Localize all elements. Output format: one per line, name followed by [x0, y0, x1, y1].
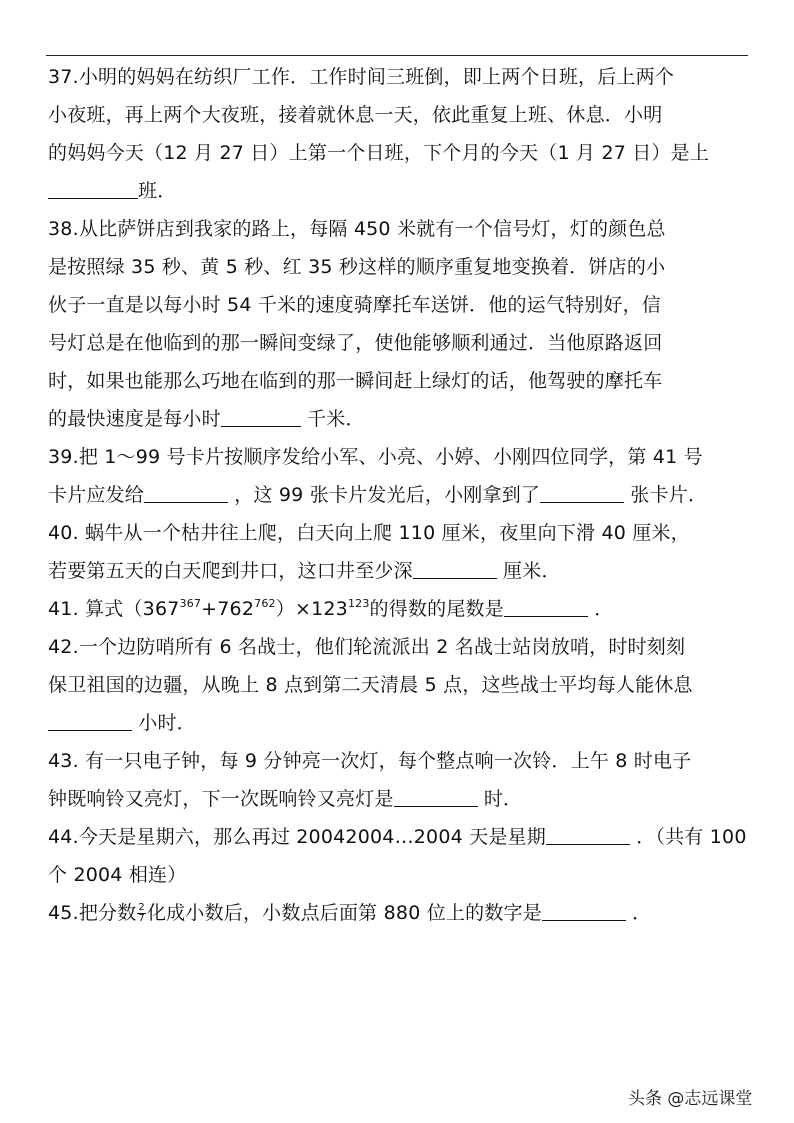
- answer-blank[interactable]: [394, 784, 478, 807]
- question-43-text-b: 时．: [478, 788, 523, 810]
- question-38-line-4: 号灯总是在他临到的那一瞬间变绿了，使他能够顺利通过．当他原路返回: [48, 324, 748, 362]
- question-43-text-a: 钟既响铃又亮灯，下一次既响铃又亮灯是: [48, 788, 394, 810]
- question-44-text-a: 44.今天是星期六，那么再过 20042004…2004 天是星期: [48, 826, 546, 848]
- question-38-line-6: 的最快速度是每小时 千米．: [48, 400, 748, 438]
- question-38-line-5: 时，如果也能那么巧地在临到的那一瞬间赶上绿灯的话，他驾驶的摩托车: [48, 362, 748, 400]
- question-41-end: ．: [588, 598, 613, 620]
- question-38-line-1: 38.从比萨饼店到我家的路上，每隔 450 米就有一个信号灯，灯的颜色总: [48, 210, 748, 248]
- question-44-line-1: 44.今天是星期六，那么再过 20042004…2004 天是星期 ．（共有 1…: [48, 818, 748, 856]
- question-45-prefix: 45.把分数: [48, 902, 136, 924]
- fraction: 27: [137, 903, 146, 924]
- question-45-line-1: 45.把分数27化成小数后，小数点后面第 880 位上的数字是 ．: [48, 894, 748, 932]
- top-rule: [46, 55, 748, 56]
- exponent-2: 762: [254, 597, 276, 610]
- exponent-1: 367: [180, 597, 202, 610]
- question-39-text-b: ，这 99 张卡片发光后，小刚拿到了: [228, 484, 540, 506]
- question-40-line-1: 40. 蜗牛从一个枯井往上爬，白天向上爬 110 厘米，夜里向下滑 40 厘米，: [48, 514, 748, 552]
- fraction-denominator: 7: [138, 914, 145, 924]
- exponent-3: 123: [348, 597, 370, 610]
- question-39-line-1: 39.把 1～99 号卡片按顺序发给小军、小亮、小婷、小刚四位同学，第 41 号: [48, 438, 748, 476]
- question-37-line-4: 班．: [48, 172, 748, 210]
- answer-blank-1[interactable]: [144, 480, 228, 503]
- question-45-end: ．: [626, 902, 651, 924]
- question-42-line-3: 小时．: [48, 704, 748, 742]
- question-41-prefix: 41. 算式（367: [48, 598, 180, 620]
- answer-blank[interactable]: [542, 898, 626, 921]
- question-40-text-a: 若要第五天的白天爬到井口，这口井至少深: [48, 560, 413, 582]
- question-list: 37.小明的妈妈在纺织厂工作．工作时间三班倒，即上两个日班，后上两个 小夜班，再…: [48, 58, 748, 932]
- watermark: 头条 @志远课堂: [628, 1084, 752, 1109]
- question-38-line-2: 是按照绿 35 秒、黄 5 秒、红 35 秒这样的顺序重复地变换着．饼店的小: [48, 248, 748, 286]
- question-40-text-b: 厘米．: [497, 560, 561, 582]
- question-38-line-3: 伙子一直是以每小时 54 千米的速度骑摩托车送饼．他的运气特别好，信: [48, 286, 748, 324]
- question-42-line-1: 42.一个边防哨所有 6 名战士，他们轮流派出 2 名战士站岗放哨，时时刻刻: [48, 628, 748, 666]
- question-37-tail: 班．: [138, 180, 176, 202]
- question-41-mid-1: +762: [201, 598, 254, 620]
- question-41: 41. 算式（367367+762762）×123123的得数的尾数是 ．: [48, 590, 748, 628]
- question-42: 42.一个边防哨所有 6 名战士，他们轮流派出 2 名战士站岗放哨，时时刻刻 保…: [48, 628, 748, 742]
- question-37-line-3: 的妈妈今天（12 月 27 日）上第一个日班，下个月的今天（1 月 27 日）是…: [48, 134, 748, 172]
- question-38-lead: 的最快速度是每小时: [48, 408, 221, 430]
- question-37-line-1: 37.小明的妈妈在纺织厂工作．工作时间三班倒，即上两个日班，后上两个: [48, 58, 748, 96]
- question-39-line-2: 卡片应发给 ，这 99 张卡片发光后，小刚拿到了 张卡片．: [48, 476, 748, 514]
- question-38-tail: 千米．: [301, 408, 365, 430]
- answer-blank[interactable]: [48, 708, 132, 731]
- question-43: 43. 有一只电子钟，每 9 分钟亮一次灯，每个整点响一次铃．上午 8 时电子 …: [48, 742, 748, 818]
- question-44-line-2: 个 2004 相连）: [48, 856, 748, 894]
- question-40-line-2: 若要第五天的白天爬到井口，这口井至少深 厘米．: [48, 552, 748, 590]
- answer-blank[interactable]: [546, 822, 630, 845]
- question-45-mid: 化成小数后，小数点后面第 880 位上的数字是: [147, 902, 542, 924]
- question-41-mid-2: ）×123: [276, 598, 348, 620]
- question-39: 39.把 1～99 号卡片按顺序发给小军、小亮、小婷、小刚四位同学，第 41 号…: [48, 438, 748, 514]
- answer-blank[interactable]: [504, 594, 588, 617]
- question-37-line-2: 小夜班，再上两个大夜班，接着就休息一天，依此重复上班、休息．小明: [48, 96, 748, 134]
- question-37: 37.小明的妈妈在纺织厂工作．工作时间三班倒，即上两个日班，后上两个 小夜班，再…: [48, 58, 748, 210]
- question-40: 40. 蜗牛从一个枯井往上爬，白天向上爬 110 厘米，夜里向下滑 40 厘米，…: [48, 514, 748, 590]
- question-44: 44.今天是星期六，那么再过 20042004…2004 天是星期 ．（共有 1…: [48, 818, 748, 894]
- answer-blank[interactable]: [221, 404, 301, 427]
- answer-blank[interactable]: [48, 176, 138, 199]
- question-44-text-b: ．（共有 100: [630, 826, 747, 848]
- question-43-line-1: 43. 有一只电子钟，每 9 分钟亮一次灯，每个整点响一次铃．上午 8 时电子: [48, 742, 748, 780]
- question-39-text-c: 张卡片．: [624, 484, 707, 506]
- question-39-text-a: 卡片应发给: [48, 484, 144, 506]
- question-41-line-1: 41. 算式（367367+762762）×123123的得数的尾数是 ．: [48, 590, 748, 628]
- answer-blank[interactable]: [413, 556, 497, 579]
- question-42-line-2: 保卫祖国的边疆，从晚上 8 点到第二天清晨 5 点，这些战士平均每人能休息: [48, 666, 748, 704]
- question-38: 38.从比萨饼店到我家的路上，每隔 450 米就有一个信号灯，灯的颜色总 是按照…: [48, 210, 748, 438]
- question-43-line-2: 钟既响铃又亮灯，下一次既响铃又亮灯是 时．: [48, 780, 748, 818]
- question-41-suffix: 的得数的尾数是: [370, 598, 504, 620]
- answer-blank-2[interactable]: [540, 480, 624, 503]
- question-42-tail: 小时．: [132, 712, 196, 734]
- question-45: 45.把分数27化成小数后，小数点后面第 880 位上的数字是 ．: [48, 894, 748, 932]
